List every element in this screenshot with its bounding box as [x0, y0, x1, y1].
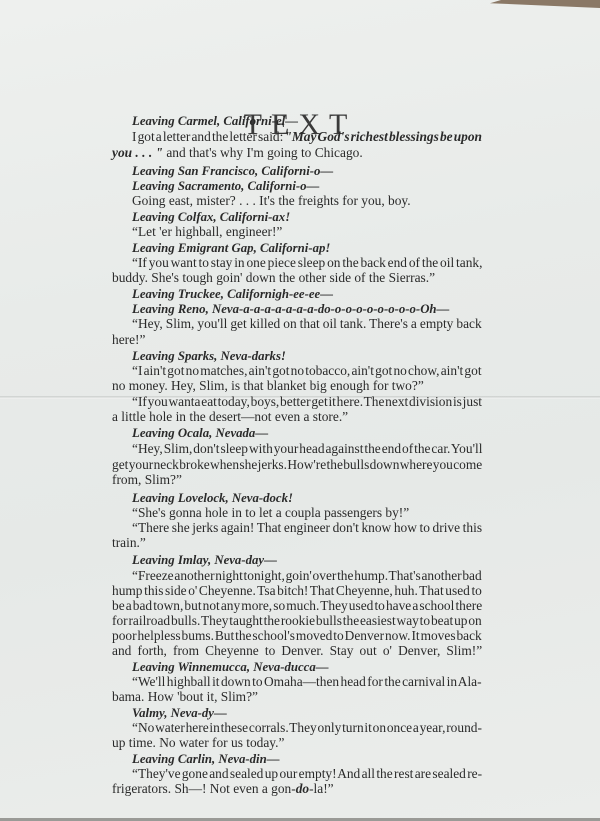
text-line: Going east, mister? . . . It's the freig…	[132, 193, 411, 209]
text-line: up time. No water for us today.”	[112, 735, 284, 751]
text-line: “If you want to stay in one piece sleep …	[132, 255, 482, 271]
text-line: “We'll highball it down to Omaha—then he…	[132, 674, 482, 690]
text-line: I got a letter and the letter said: "May…	[132, 129, 482, 145]
text-line: here!”	[112, 332, 145, 348]
text-line: be a bad town, but not any more, so much…	[112, 598, 482, 614]
document-page: TEXT Leaving Carmel, Californi-el—I got …	[0, 0, 600, 821]
text-line: “No water here in these corrals. They on…	[132, 720, 482, 736]
text-line: poor helpless bums. But the school's mov…	[112, 628, 482, 644]
text-line: “She's gonna hole in to let a coupla pas…	[132, 505, 409, 521]
stop-heading: Leaving Emigrant Gap, Californi-ap!	[132, 240, 330, 256]
text-line: no money. Hey, Slim, is that blanket big…	[112, 378, 424, 394]
page-corner	[490, 0, 600, 8]
stop-heading: Leaving Lovelock, Neva-dock!	[132, 490, 293, 506]
text-line: “I ain't got no matches, ain't got no to…	[132, 363, 482, 379]
stop-heading: Leaving Winnemucca, Neva-ducca—	[132, 659, 329, 675]
text-line: hump this side o' Cheyenne. Tsa bitch! T…	[112, 583, 482, 599]
text-line: frigerators. Sh—! Not even a gon-do-la!”	[112, 781, 334, 797]
stop-heading: Leaving San Francisco, Californi-o—	[132, 163, 333, 179]
text-line: buddy. She's tough goin' down the other …	[112, 270, 435, 286]
text-line: “They've gone and sealed up our empty! A…	[132, 766, 482, 782]
stop-heading: Valmy, Neva-dy—	[132, 705, 227, 721]
text-line: for railroad bulls. They taught the rook…	[112, 613, 482, 629]
text-line: from, Slim?”	[112, 472, 182, 488]
text-line: and forth, from Cheyenne to Denver. Stay…	[112, 643, 482, 659]
text-line: “There she jerks again! That engineer do…	[132, 520, 482, 536]
text-line: “Let 'er highball, engineer!”	[132, 224, 282, 240]
stop-heading: Leaving Colfax, Californi-ax!	[132, 209, 290, 225]
text-line: “Hey, Slim, you'll get killed on that oi…	[132, 316, 482, 332]
stop-heading: Leaving Sparks, Neva-darks!	[132, 348, 286, 364]
stop-heading: Leaving Reno, Neva-a-a-a-a-a-a-a-do-o-o-…	[132, 301, 449, 317]
stop-heading: Leaving Carmel, Californi-el—	[132, 113, 298, 129]
text-line: train.”	[112, 535, 146, 551]
stop-heading: Leaving Truckee, Californigh-ee-ee—	[132, 286, 333, 302]
text-line: “Hey, Slim, don't sleep with your head a…	[132, 441, 482, 457]
stop-heading: Leaving Imlay, Neva-day—	[132, 552, 277, 568]
text-line: a little hole in the desert—not even a s…	[112, 409, 348, 425]
stop-heading: Leaving Sacramento, Californi-o—	[132, 178, 319, 194]
text-line: “If you wanta eat today, boys, better ge…	[132, 394, 482, 410]
text-line: you . . . " and that's why I'm going to …	[112, 145, 363, 161]
text-line: “Freeze another night tonight, goin' ove…	[132, 568, 482, 584]
text-line: bama. How 'bout it, Slim?”	[112, 689, 258, 705]
stop-heading: Leaving Ocala, Nevada—	[132, 425, 268, 441]
stop-heading: Leaving Carlin, Neva-din—	[132, 751, 280, 767]
text-line: get your neck broke when she jerks. How'…	[112, 457, 482, 473]
